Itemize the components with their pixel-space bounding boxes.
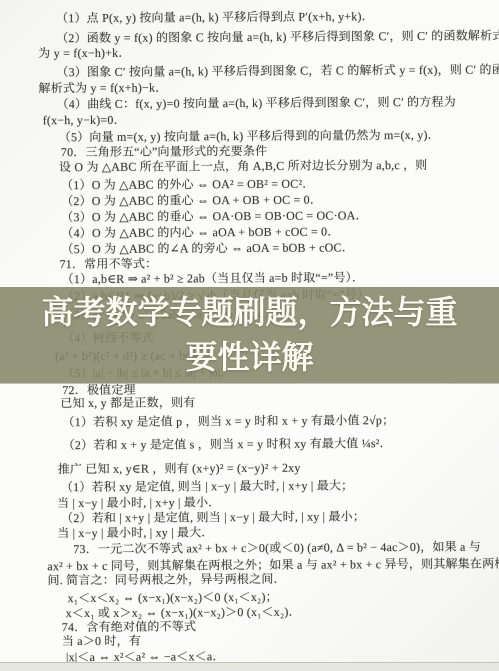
text-line: 设 O 为 △ABC 所在平面上一点，角 A,B,C 所对边长分别为 a,b,c…	[59, 157, 428, 176]
text-line: 推广 已知 x, y∈R ，则有 (x+y)² = (x−y)² + 2xy	[58, 460, 301, 478]
text-line: （4）曲线 C：f(x, y)=0 按向量 a=(h, k) 平移后得到图象 C…	[57, 94, 456, 113]
text-line: （3）图象 C′ 按向量 a=(h, k) 平移后得到图象 C，若 C 的解析式…	[56, 61, 499, 81]
text-line: 为 y = f(x−h)+k．	[38, 45, 130, 63]
watermark-banner: 高考数学专题刷题，方法与重要性详解	[0, 287, 499, 383]
photo-bottom-strip	[0, 662, 499, 671]
text-line: （2）若和 x + y 是定值 s ，则当 x = y 时积 xy 有最大值 ¼…	[63, 435, 392, 454]
text-line: 当 a＞0 时，有	[62, 633, 141, 650]
text-line: （1）a,b∈R ⇒ a² + b² ≥ 2ab（当且仅当 a=b 时取“=”号…	[62, 269, 364, 288]
text-line: 已知 x, y 都是正数，则有	[60, 394, 195, 412]
banner-title: 高考数学专题刷题，方法与重要性详解	[34, 290, 466, 380]
text-line: f(x−h, y−k)=0．	[43, 112, 126, 130]
text-line: （1）若积 xy 是定值 p ，则当 x = y 时和 x + y 有最小值 2…	[62, 412, 394, 431]
text-line: （1）点 P(x, y) 按向量 a=(h, k) 平移后得到点 P′(x+h,…	[56, 8, 374, 27]
document-photo: （1）点 P(x, y) 按向量 a=(h, k) 平移后得到点 P′(x+h,…	[0, 0, 499, 671]
text-line: 间. 简言之：同号两根之外，异号两根之间．	[47, 571, 285, 589]
